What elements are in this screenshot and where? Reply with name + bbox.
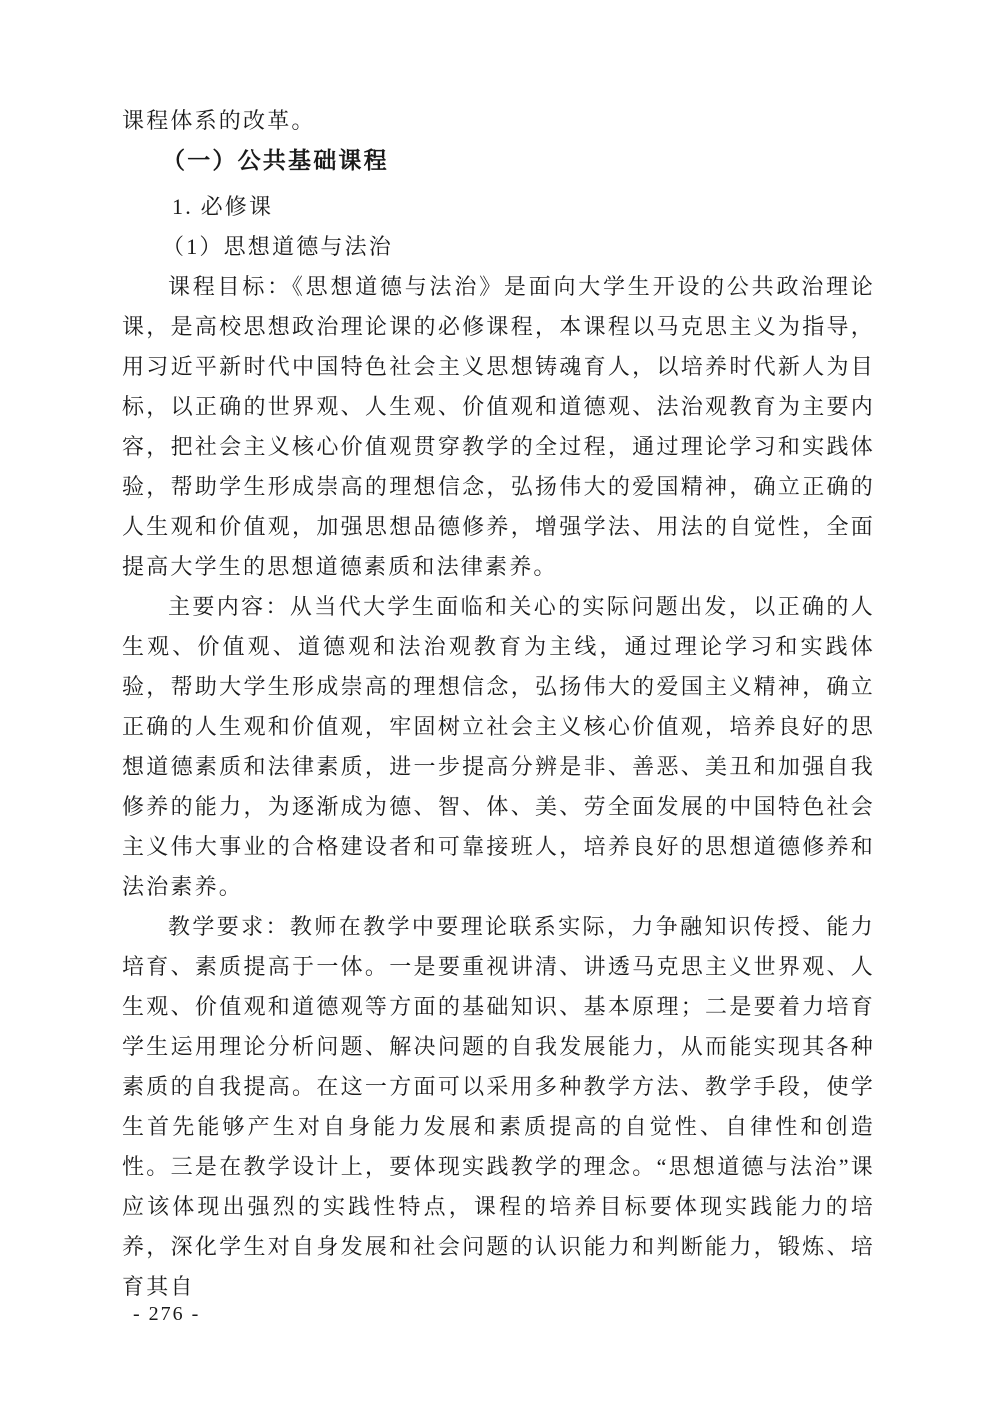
subsection-heading: 1. 必修课 xyxy=(122,187,875,227)
paragraph-course-objectives: 课程目标：《思想道德与法治》是面向大学生开设的公共政治理论课，是高校思想政治理论… xyxy=(122,267,875,587)
course-title: （1）思想道德与法治 xyxy=(122,227,875,267)
section-heading: （一）公共基础课程 xyxy=(122,141,875,181)
paragraph-main-content: 主要内容：从当代大学生面临和关心的实际问题出发，以正确的人生观、价值观、道德观和… xyxy=(122,587,875,907)
document-page: 课程体系的改革。 （一）公共基础课程 1. 必修课 （1）思想道德与法治 课程目… xyxy=(0,0,1000,1414)
page-body-text: 课程体系的改革。 （一）公共基础课程 1. 必修课 （1）思想道德与法治 课程目… xyxy=(122,101,875,1307)
page-number: - 276 - xyxy=(133,1303,200,1326)
continuation-line: 课程体系的改革。 xyxy=(122,101,875,141)
paragraph-teaching-requirements: 教学要求：教师在教学中要理论联系实际，力争融知识传授、能力培育、素质提高于一体。… xyxy=(122,907,875,1307)
